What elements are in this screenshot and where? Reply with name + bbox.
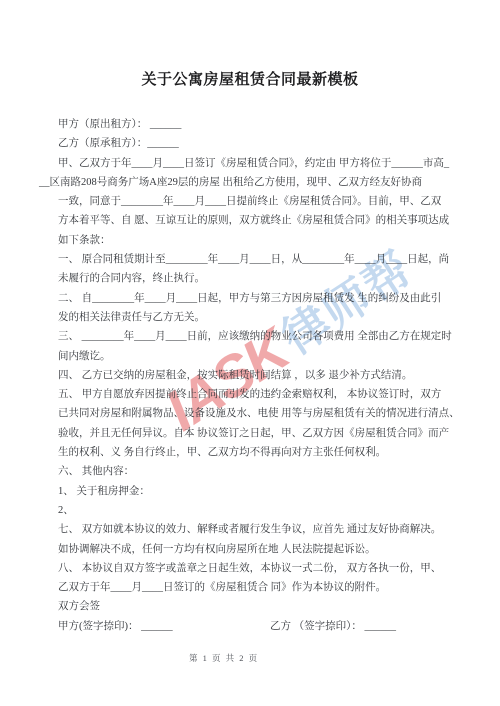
document-line: 二、 自________年____月____日起，甲方与第三方因房屋租赁发 生的…: [58, 289, 452, 308]
document-line: 三、 ________年____月____日前，应该缴纳的物业公司各项费用 全部…: [58, 327, 452, 346]
document-line: 2、: [58, 501, 452, 520]
document-line: 如协调解决不成，任何一方均有权向房屋所在地 人民法院提起诉讼。: [58, 540, 452, 559]
document-line: 双方会签: [58, 597, 452, 616]
document-line: 验收，并且无任何异议。自本 协议签订之日起，甲、乙双方因《房屋租赁合同》而产: [58, 424, 452, 443]
document-line: 方本着平等、自 愿、互谅互让的原则，双方就终止《房屋租赁合同》的相关事项达成: [58, 211, 452, 230]
document-line: __区南路208号商务广场A座29层的房屋 出租给乙方使用，现甲、乙双方经友好协…: [39, 173, 452, 192]
document-line: 生的权利、义 务自行终止，甲、乙双方均不得再向对方主张任何权利。: [58, 443, 452, 462]
document-line: 1、 关于租房押金：: [58, 482, 452, 501]
document-line: 未履行的合同内容，终止执行。: [58, 269, 452, 288]
document-line: 五、 甲方自愿放弃因提前终止合同而引发的违约金索赔权利， 本协议签订时，双方: [58, 385, 452, 404]
document-line: 六、 其他内容：: [58, 462, 452, 481]
signature-line: 甲方(签字捺印)： ______ 乙方 （签字捺印）： ______: [58, 617, 452, 636]
document-lines: 甲方（原出租方）： ______乙方（原承租方）：______甲、乙双方于年__…: [58, 115, 452, 617]
document-line: 四、 乙方已交纳的房屋租金，按实际租赁时间结算 ，以多 退少补方式结清。: [58, 366, 452, 385]
document-line: 八、 本协议自双方签字或盖章之日起生效，本协议一式二份， 双方各执一份，甲、: [58, 559, 452, 578]
party-b-signature: 乙方 （签字捺印）： ______: [270, 617, 396, 636]
document-line: 发的相关法律责任与乙方无关。: [58, 308, 452, 327]
document-line: 七、 双方如就本协议的效力、解释或者履行发生争议，应首先 通过友好协商解决。: [58, 520, 452, 539]
document-line: 已共同对房屋和附属物品、设备设施及水、电使 用等与房屋租赁有关的情况进行清点、: [58, 404, 452, 423]
document-line: 一致，同意于________年____月____日提前终止《房屋租赁合同》。目前…: [58, 192, 452, 211]
document-line: 乙双方于年____月____日签订的《房屋租赁合 同》作为本协议的附件。: [58, 578, 452, 597]
document-title: 关于公寓房屋租赁合同最新模板: [0, 68, 500, 89]
party-a-signature: 甲方(签字捺印)： ______: [58, 621, 173, 632]
document-line: 乙方（原承租方）：______: [58, 134, 452, 153]
document-line: 间内缴讫。: [58, 347, 452, 366]
document-line: 一、 原合同租赁期计至________年____月____日，从________…: [58, 250, 452, 269]
document-page: IASK律师帮 关于公寓房屋租赁合同最新模板 甲方（原出租方）： ______乙…: [0, 0, 500, 706]
document-body: 甲方（原出租方）： ______乙方（原承租方）：______甲、乙双方于年__…: [58, 115, 452, 636]
document-line: 甲、乙双方于年____月____日签订《房屋租赁合同》，约定由 甲方将位于___…: [58, 154, 452, 173]
page-footer: 第 1 页 共 2 页: [189, 652, 259, 664]
document-line: 如下条款：: [58, 231, 452, 250]
document-line: 甲方（原出租方）： ______: [58, 115, 452, 134]
